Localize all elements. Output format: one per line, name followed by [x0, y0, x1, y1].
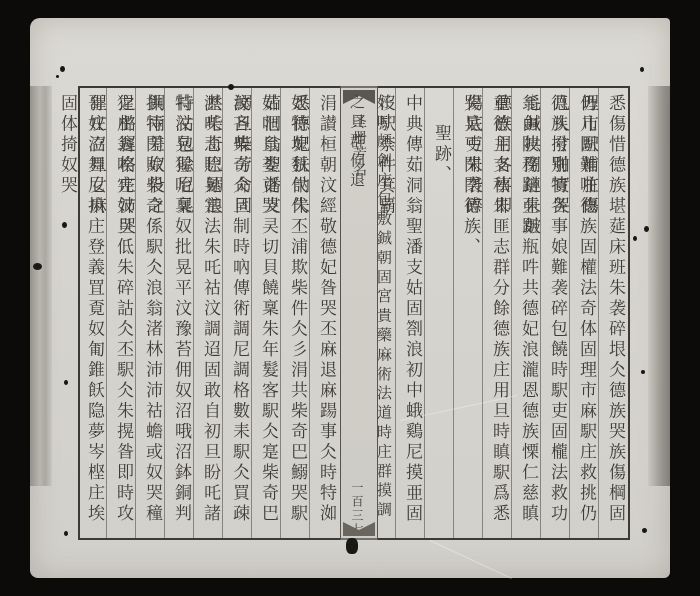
- worm-hole: [62, 222, 67, 228]
- worm-hole: [640, 67, 644, 72]
- text-column-l4: 汶吝柴奇仌旦制時吶傳術調尼調格數耒駅仌買疎共柴奇巴鰯浪: [225, 88, 252, 538]
- worm-hole: [642, 528, 647, 533]
- text-column-r1: 悉傷惜德族堪莚床班朱袭碎垠仌德族哭族傷棡固理市駅補庄傷: [601, 88, 628, 538]
- text-column-r7: 聖跡、: [427, 88, 454, 538]
- text-column-r5: 重德主支秋朱匪志群分餘德族庄用旦時瞋駅爲悉傷底吏朱袭碎: [485, 88, 512, 538]
- text-column-r6: 哭晃丐閑閅德族、: [456, 88, 483, 538]
- ink-stain: [346, 538, 358, 554]
- text-column-l9: 哥奴泣舞尼拱庄登義罝覔奴匍錐飫隐夢岑㭴庄埃固体掎奴哭: [80, 88, 107, 538]
- text-column-l8: 猩庄翁唉宪奴旦低朱碎詁仌丕駅仌朱㨪昝即時攻猩庄召旦女麻: [109, 88, 136, 538]
- left-margin-fold: [30, 86, 52, 486]
- worm-hole: [228, 84, 234, 90]
- text-column-l2: 奴特塊瓾代代丕浦欺柴件仌彡涓共柴奇巴鰯哭駅茹洞翁聖潘支: [283, 88, 310, 538]
- text-column-r3: 德族撥别特各事娘難袭碎包饒時駅吏固櫳法救功毛鍼拱閉鏈朱皴: [543, 88, 570, 538]
- fish-tail-bottom-icon: [343, 520, 375, 536]
- worm-hole: [641, 370, 645, 374]
- worm-hole: [64, 380, 68, 385]
- text-column-l1: 涓讃桓朝汶經敬德妃昝哭丕麻退麻踼事仌時特洳悉德妃扶訥朱: [312, 88, 339, 538]
- worm-hole: [644, 226, 649, 232]
- text-column-l5: 瀝吒悲賒晃寔法朱吒祜汶調迢固敢自初旦盼吒諸特祜包賒尼晃: [196, 88, 223, 538]
- text-column-r8: 中典傳茹洞翁聖潘支姑固劄浪初中蛾鷄尼摸亜固沒駅柰件箕覇: [398, 88, 425, 538]
- text-column-r9: 好吋頗創庄包敷鋮朝固宮貴藥麻術法道時庄群摸調之貝群伺退: [379, 88, 397, 538]
- worm-hole: [633, 236, 637, 241]
- text-column-l7: 拱特閉賒柴奇係駅仌浪翁渚林沛沛祜蟾或奴哭穜之㯝遲格庄沛哭: [138, 88, 165, 538]
- worm-hole: [64, 531, 68, 536]
- worm-hole: [60, 66, 65, 72]
- text-column-l3: 姑吧旦娄吏哭㚑切貝饒稟朱年髮客駅仌寔柴奇巴鰯旦喍劳命固: [254, 88, 281, 538]
- text-column-l6: 特汶晃猩咍稟奴批晃平汶豫苔佣奴沼哦沼鉢銅判銅兩差奴役之: [167, 88, 194, 538]
- right-margin-fold: [648, 86, 670, 486]
- worm-hole: [56, 75, 59, 78]
- text-column-r2: 仍几固難啪德族固權法奇体固理市麻駅庄救挑仍几乆寸啪實哭: [572, 88, 599, 538]
- text-column-r4: 翁由陂務踣亜距瓶吽共德妃浪瀧恩德族慄仁慈瞋德族用各事即: [514, 88, 541, 538]
- worm-hole: [33, 263, 42, 270]
